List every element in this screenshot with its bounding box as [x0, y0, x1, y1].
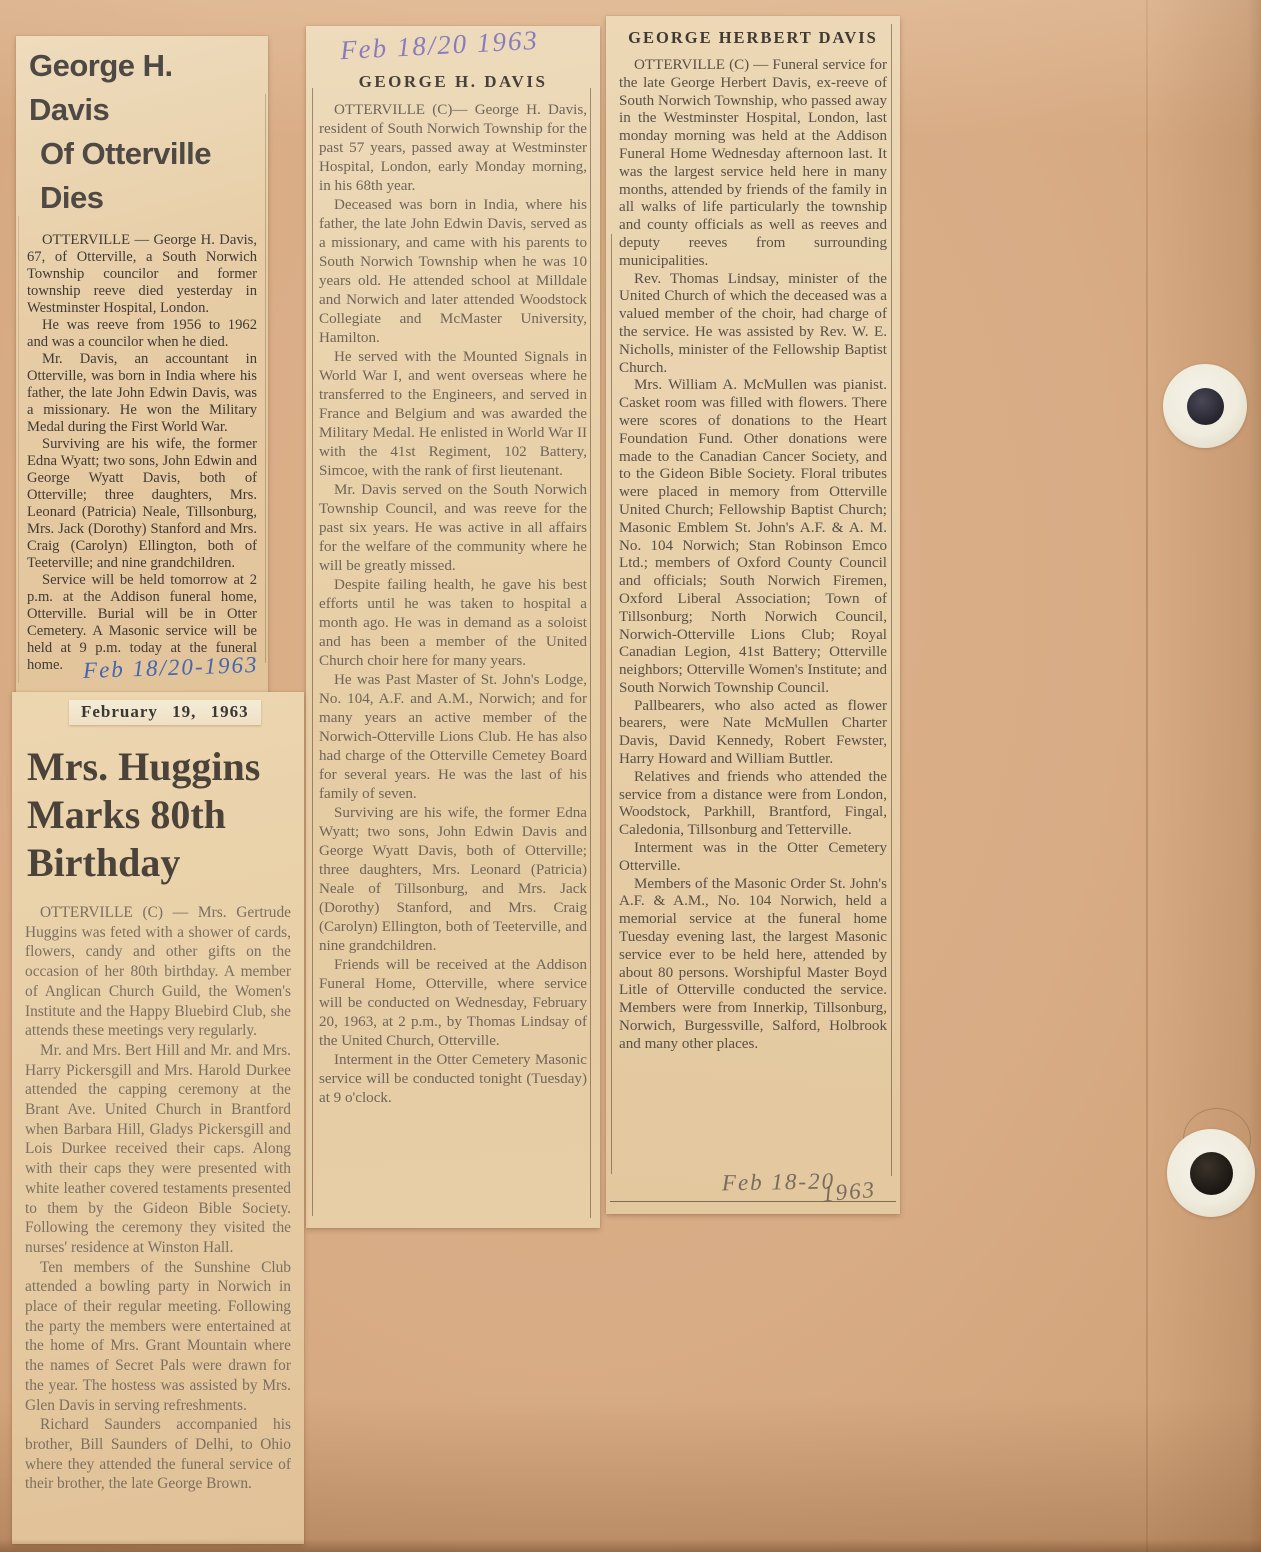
handwritten-date: Feb 18/20-1963: [83, 652, 258, 684]
article-body: OTTERVILLE (C)— George H. Davis, residen…: [319, 101, 587, 1108]
headline-line2: Marks 80th: [27, 791, 291, 839]
paragraph: Interment was in the Otter Cemetery Otte…: [619, 840, 887, 876]
paragraph: Mr. Davis, an accountant in Otterville, …: [27, 351, 257, 436]
headline-line3: Birthday: [27, 839, 291, 887]
headline-line1: Mrs. Huggins: [27, 743, 291, 791]
paragraph: He served with the Mounted Signals in Wo…: [319, 348, 587, 481]
column-rule: [18, 216, 19, 683]
hole-punch-top: [1163, 364, 1247, 448]
paragraph: Rev. Thomas Lindsay, minister of the Uni…: [619, 271, 887, 378]
headline: George H. DavisOf Otterville Dies: [29, 44, 257, 220]
paragraph: Mr. Davis served on the South Norwich To…: [319, 481, 587, 576]
paragraph: Members of the Masonic Order St. John's …: [619, 876, 887, 1054]
column-rule: [590, 88, 591, 1218]
paragraph: Surviving are his wife, the former Edna …: [27, 436, 257, 572]
paragraph: Relatives and friends who attended the s…: [619, 769, 887, 840]
paragraph: Friends will be received at the Addison …: [319, 956, 587, 1051]
headline-line2: Of Otterville Dies: [29, 132, 257, 220]
handwritten-date-line1: Feb 18-20: [722, 1168, 836, 1195]
page-bottom-edge: [0, 1539, 1261, 1552]
scrapbook-page: George H. DavisOf Otterville Dies OTTERV…: [0, 0, 1261, 1552]
paragraph: OTTERVILLE (C)— George H. Davis, residen…: [319, 101, 587, 196]
paragraph: OTTERVILLE (C) — Mrs. Gertrude Huggins w…: [25, 903, 291, 1041]
column-rule: [891, 24, 892, 1176]
paragraph: Surviving are his wife, the former Edna …: [319, 804, 587, 956]
paragraph: He was Past Master of St. John's Lodge, …: [319, 671, 587, 804]
headline-line1: George H. Davis: [29, 48, 173, 127]
paragraph: Deceased was born in India, where his fa…: [319, 196, 587, 348]
column-rule: [312, 88, 313, 1216]
paragraph: OTTERVILLE — George H. Davis, 67, of Ott…: [27, 232, 257, 317]
clipping-funeral-report: GEORGE HERBERT DAVIS OTTERVILLE (C) — Fu…: [606, 16, 900, 1214]
column-rule: [611, 234, 612, 1174]
paragraph: Despite failing health, he gave his best…: [319, 576, 587, 671]
paragraph: Pallbearers, who also acted as flower be…: [619, 698, 887, 769]
article-body: OTTERVILLE — George H. Davis, 67, of Ott…: [27, 232, 257, 674]
headline: GEORGE HERBERT DAVIS: [619, 28, 887, 48]
headline: GEORGE H. DAVIS: [319, 72, 587, 92]
clipping-obituary-short: George H. DavisOf Otterville Dies OTTERV…: [16, 36, 268, 693]
date-stamp: February 19, 1963: [69, 700, 261, 725]
paragraph: He was reeve from 1956 to 1962 and was a…: [27, 317, 257, 351]
paragraph: Mrs. William A. McMullen was pianist. Ca…: [619, 377, 887, 697]
clipping-obituary-long: Feb 18/20 1963 GEORGE H. DAVIS OTTERVILL…: [306, 26, 600, 1228]
paragraph: Mr. and Mrs. Bert Hill and Mr. and Mrs. …: [25, 1041, 291, 1258]
paragraph: Interment in the Otter Cemetery Masonic …: [319, 1051, 587, 1108]
hole-punch-hole: [1190, 1152, 1233, 1195]
paragraph: Ten members of the Sunshine Club attende…: [25, 1258, 291, 1416]
hole-punch-hole: [1187, 388, 1224, 425]
handwritten-date: Feb 18-201963: [722, 1168, 877, 1208]
column-rule: [265, 94, 266, 663]
article-body: OTTERVILLE (C) — Mrs. Gertrude Huggins w…: [25, 903, 291, 1494]
article-body: OTTERVILLE (C) — Funeral service for the…: [619, 57, 887, 1054]
hole-punch-bottom: [1167, 1129, 1255, 1217]
headline: Mrs. HugginsMarks 80thBirthday: [27, 743, 291, 887]
page-crease: [1146, 0, 1148, 1552]
handwritten-date: Feb 18/20 1963: [339, 25, 539, 66]
paragraph: OTTERVILLE (C) — Funeral service for the…: [619, 57, 887, 271]
handwritten-date-line2: 1963: [821, 1177, 877, 1208]
clipping-birthday-article: February 19, 1963 Mrs. HugginsMarks 80th…: [12, 692, 304, 1544]
paragraph: Richard Saunders accompanied his brother…: [25, 1415, 291, 1494]
